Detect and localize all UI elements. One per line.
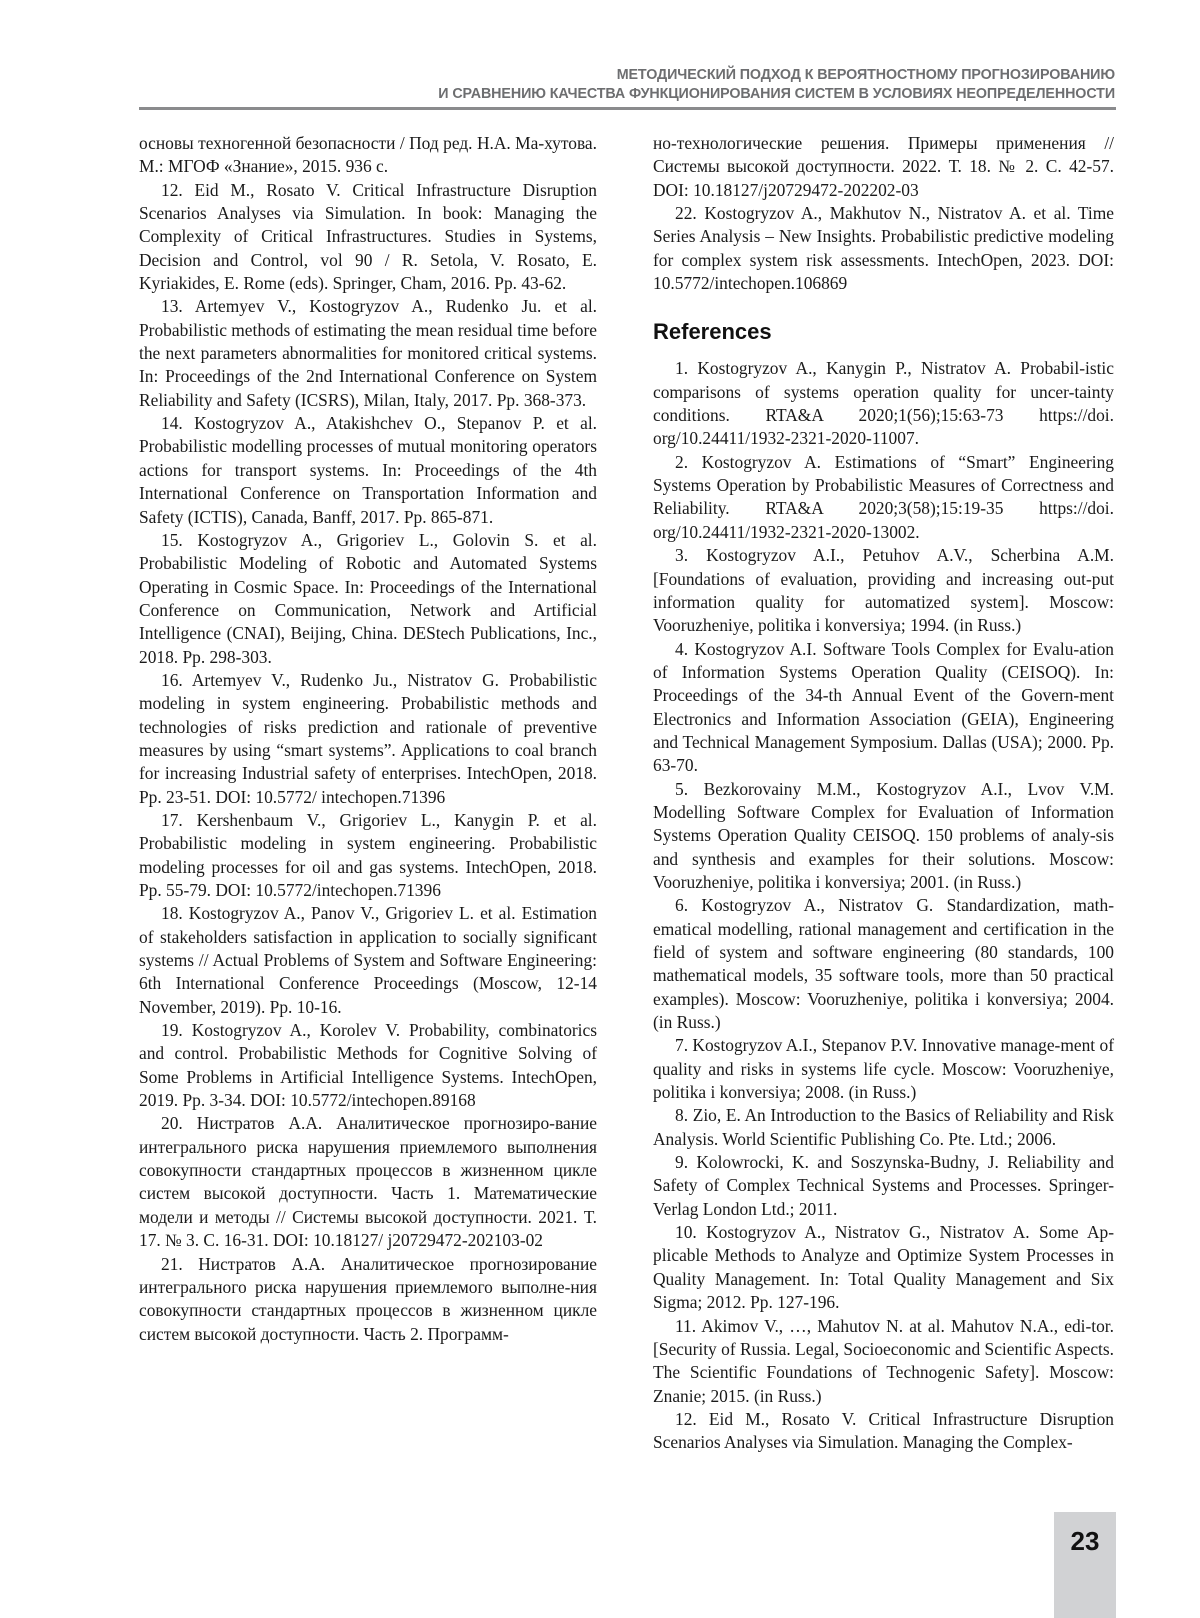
reference-item: 3. Kostogryzov A.I., Petuhov A.V., Scher… bbox=[653, 544, 1114, 637]
reference-item: 19. Kostogryzov A., Korolev V. Probabili… bbox=[139, 1019, 597, 1112]
running-header-line-1: МЕТОДИЧЕСКИЙ ПОДХОД К ВЕРОЯТНОСТНОМУ ПРО… bbox=[139, 66, 1115, 85]
reference-item: 22. Kostogryzov A., Makhutov N., Nistrat… bbox=[653, 202, 1114, 295]
reference-item: 6. Kostogryzov A., Nistratov G. Standard… bbox=[653, 894, 1114, 1034]
page-number-box: 23 bbox=[1054, 1512, 1116, 1618]
reference-continuation: основы техногенной безопасности / Под ре… bbox=[139, 132, 597, 179]
reference-item: 15. Kostogryzov A., Grigoriev L., Golovi… bbox=[139, 529, 597, 669]
header-rule bbox=[139, 107, 1116, 110]
reference-item: 9. Kolowrocki, K. and Soszynska-Budny, J… bbox=[653, 1151, 1114, 1221]
reference-item: 1. Kostogryzov A., Kanygin P., Nistratov… bbox=[653, 357, 1114, 450]
running-header-line-2: И СРАВНЕНИЮ КАЧЕСТВА ФУНКЦИОНИРОВАНИЯ СИ… bbox=[139, 85, 1115, 104]
reference-item: 12. Eid M., Rosato V. Critical Infrastru… bbox=[653, 1408, 1114, 1455]
reference-item: 20. Нистратов А.А. Аналитическое прогноз… bbox=[139, 1112, 597, 1252]
reference-item: 10. Kostogryzov A., Nistratov G., Nistra… bbox=[653, 1221, 1114, 1314]
right-column: но-технологические решения. Примеры прим… bbox=[653, 132, 1114, 1455]
reference-item: 11. Akimov V., …, Mahutov N. at al. Mahu… bbox=[653, 1315, 1114, 1408]
references-heading: References bbox=[653, 319, 1114, 345]
reference-item: 2. Kostogryzov A. Estimations of “Smart”… bbox=[653, 451, 1114, 544]
reference-item: 4. Kostogryzov A.I. Software Tools Compl… bbox=[653, 638, 1114, 778]
reference-item: 16. Artemyev V., Rudenko Ju., Nistratov … bbox=[139, 669, 597, 809]
reference-item: 21. Нистратов А.А. Аналитическое прогноз… bbox=[139, 1253, 597, 1346]
reference-item: 13. Artemyev V., Kostogryzov A., Rudenko… bbox=[139, 295, 597, 412]
left-column: основы техногенной безопасности / Под ре… bbox=[139, 132, 597, 1346]
running-header: МЕТОДИЧЕСКИЙ ПОДХОД К ВЕРОЯТНОСТНОМУ ПРО… bbox=[139, 66, 1115, 104]
reference-item: 17. Kershenbaum V., Grigoriev L., Kanygi… bbox=[139, 809, 597, 902]
reference-item: 8. Zio, E. An Introduction to the Basics… bbox=[653, 1104, 1114, 1151]
reference-item: 18. Kostogryzov A., Panov V., Grigoriev … bbox=[139, 902, 597, 1019]
page-number: 23 bbox=[1054, 1526, 1116, 1557]
reference-item: 12. Eid M., Rosato V. Critical Infrastru… bbox=[139, 179, 597, 296]
reference-item: 7. Kostogryzov A.I., Stepanov P.V. Innov… bbox=[653, 1034, 1114, 1104]
reference-item: 14. Kostogryzov A., Atakishchev O., Step… bbox=[139, 412, 597, 529]
reference-item: 5. Bezkorovainy M.M., Kostogryzov A.I., … bbox=[653, 778, 1114, 895]
reference-continuation: но-технологические решения. Примеры прим… bbox=[653, 132, 1114, 202]
